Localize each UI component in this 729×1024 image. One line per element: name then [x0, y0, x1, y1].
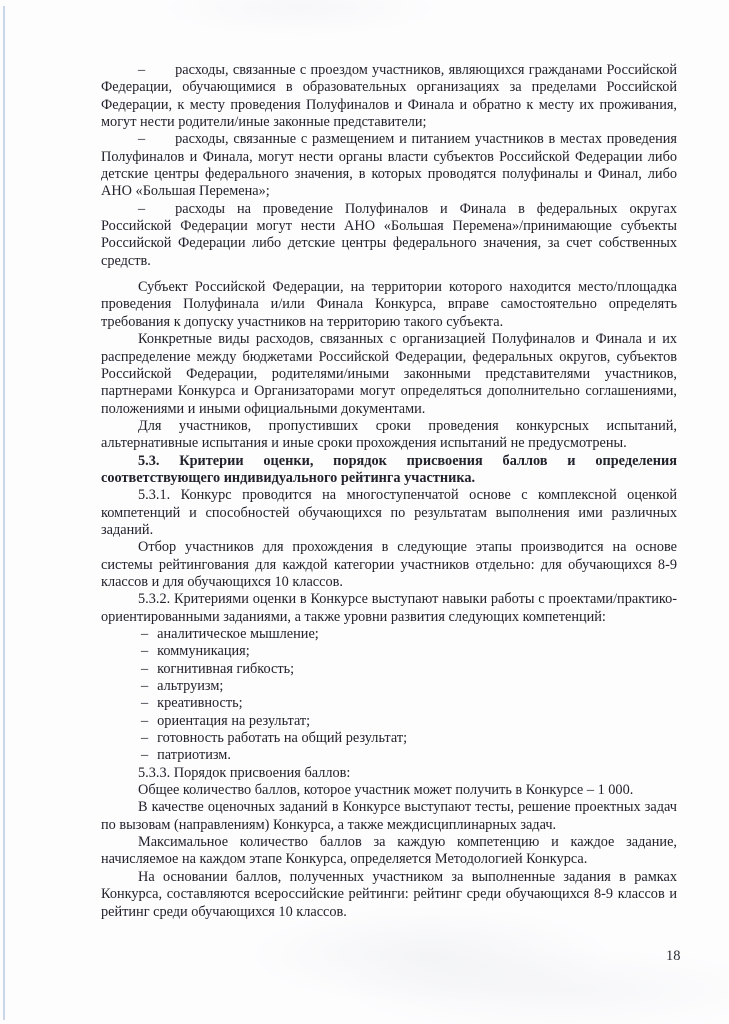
paragraph-text: расходы, связанные с проездом участников… [101, 62, 677, 130]
list-item: –креативность; [101, 695, 677, 712]
paragraph-text: 5.3. Критерии оценки, порядок присвоения… [101, 453, 677, 486]
page-number: 18 [666, 948, 681, 965]
paragraph: 5.3.2. Критериями оценки в Конкурсе выст… [101, 591, 677, 626]
paragraph-text: расходы на проведение Полуфиналов и Фина… [101, 201, 677, 269]
dash-marker: – [141, 661, 148, 677]
list-item: –альтруизм; [101, 678, 677, 695]
paragraph-text: когнитивная гибкость; [157, 661, 294, 677]
paragraph-text: 5.3.1. Конкурс проводится на многоступен… [101, 487, 677, 538]
paragraph-text: Общее количество баллов, которое участни… [138, 782, 633, 798]
paragraph-text: ориентация на результат; [157, 713, 310, 729]
paragraph-text: коммуникация; [157, 643, 250, 659]
paragraph-text: Конкретные виды расходов, связанных с ор… [101, 331, 677, 416]
paragraph-text: Отбор участников для прохождения в следу… [101, 539, 677, 590]
dash-marker: – [138, 62, 145, 78]
paragraph-text: 5.3.2. Критериями оценки в Конкурсе выст… [101, 591, 677, 624]
paragraph: –расходы, связанные с проездом участнико… [101, 62, 677, 131]
paragraph-text: расходы, связанные с размещением и питан… [101, 131, 677, 199]
scan-edge-artifact [3, 6, 5, 1020]
paragraph: –расходы, связанные с размещением и пита… [101, 131, 677, 200]
paragraph-text: На основании баллов, полученных участник… [101, 869, 677, 920]
dash-marker: – [141, 730, 148, 746]
list-item: –готовность работать на общий результат; [101, 730, 677, 747]
paragraph-text: 5.3.3. Порядок присвоения баллов: [138, 765, 350, 781]
dash-marker: – [141, 643, 148, 659]
paragraph: 5.3.1. Конкурс проводится на многоступен… [101, 487, 677, 539]
paragraph: 5.3.3. Порядок присвоения баллов: [101, 765, 677, 782]
paragraph: –расходы на проведение Полуфиналов и Фин… [101, 201, 677, 270]
paragraph: В качестве оценочных заданий в Конкурсе … [101, 799, 677, 834]
paragraph-text: В качестве оценочных заданий в Конкурсе … [101, 799, 677, 832]
list-item: –когнитивная гибкость; [101, 661, 677, 678]
paragraph-text: аналитическое мышление; [157, 626, 319, 642]
scanned-document-page: –расходы, связанные с проездом участнико… [0, 0, 729, 1024]
paragraph-text: креативность; [157, 695, 242, 711]
dash-marker: – [141, 678, 148, 694]
paragraph-text: Субъект Российской Федерации, на террито… [101, 279, 677, 330]
dash-marker: – [141, 626, 148, 642]
dash-marker: – [141, 695, 148, 711]
paragraph: Общее количество баллов, которое участни… [101, 782, 677, 799]
paragraph: 5.3. Критерии оценки, порядок присвоения… [101, 453, 677, 488]
paragraph-text: альтруизм; [157, 678, 223, 694]
paragraph-text: Максимальное количество баллов за каждую… [101, 834, 677, 867]
document-body: –расходы, связанные с проездом участнико… [101, 62, 677, 921]
dash-marker: – [138, 131, 145, 147]
list-item: –ориентация на результат; [101, 713, 677, 730]
paragraph-text: патриотизм. [157, 747, 231, 763]
paragraph: Конкретные виды расходов, связанных с ор… [101, 331, 677, 418]
paragraph: На основании баллов, полученных участник… [101, 869, 677, 921]
list-item: –аналитическое мышление; [101, 626, 677, 643]
paragraph: Для участников, пропустивших сроки прове… [101, 418, 677, 453]
dash-marker: – [138, 201, 145, 217]
paragraph: Отбор участников для прохождения в следу… [101, 539, 677, 591]
paragraph-text: готовность работать на общий результат; [157, 730, 407, 746]
list-item: –патриотизм. [101, 747, 677, 764]
dash-marker: – [141, 747, 148, 763]
paragraph-text: Для участников, пропустивших сроки прове… [101, 418, 677, 451]
paragraph: Максимальное количество баллов за каждую… [101, 834, 677, 869]
list-item: –коммуникация; [101, 643, 677, 660]
dash-marker: – [141, 713, 148, 729]
paragraph: Субъект Российской Федерации, на террито… [101, 279, 677, 331]
